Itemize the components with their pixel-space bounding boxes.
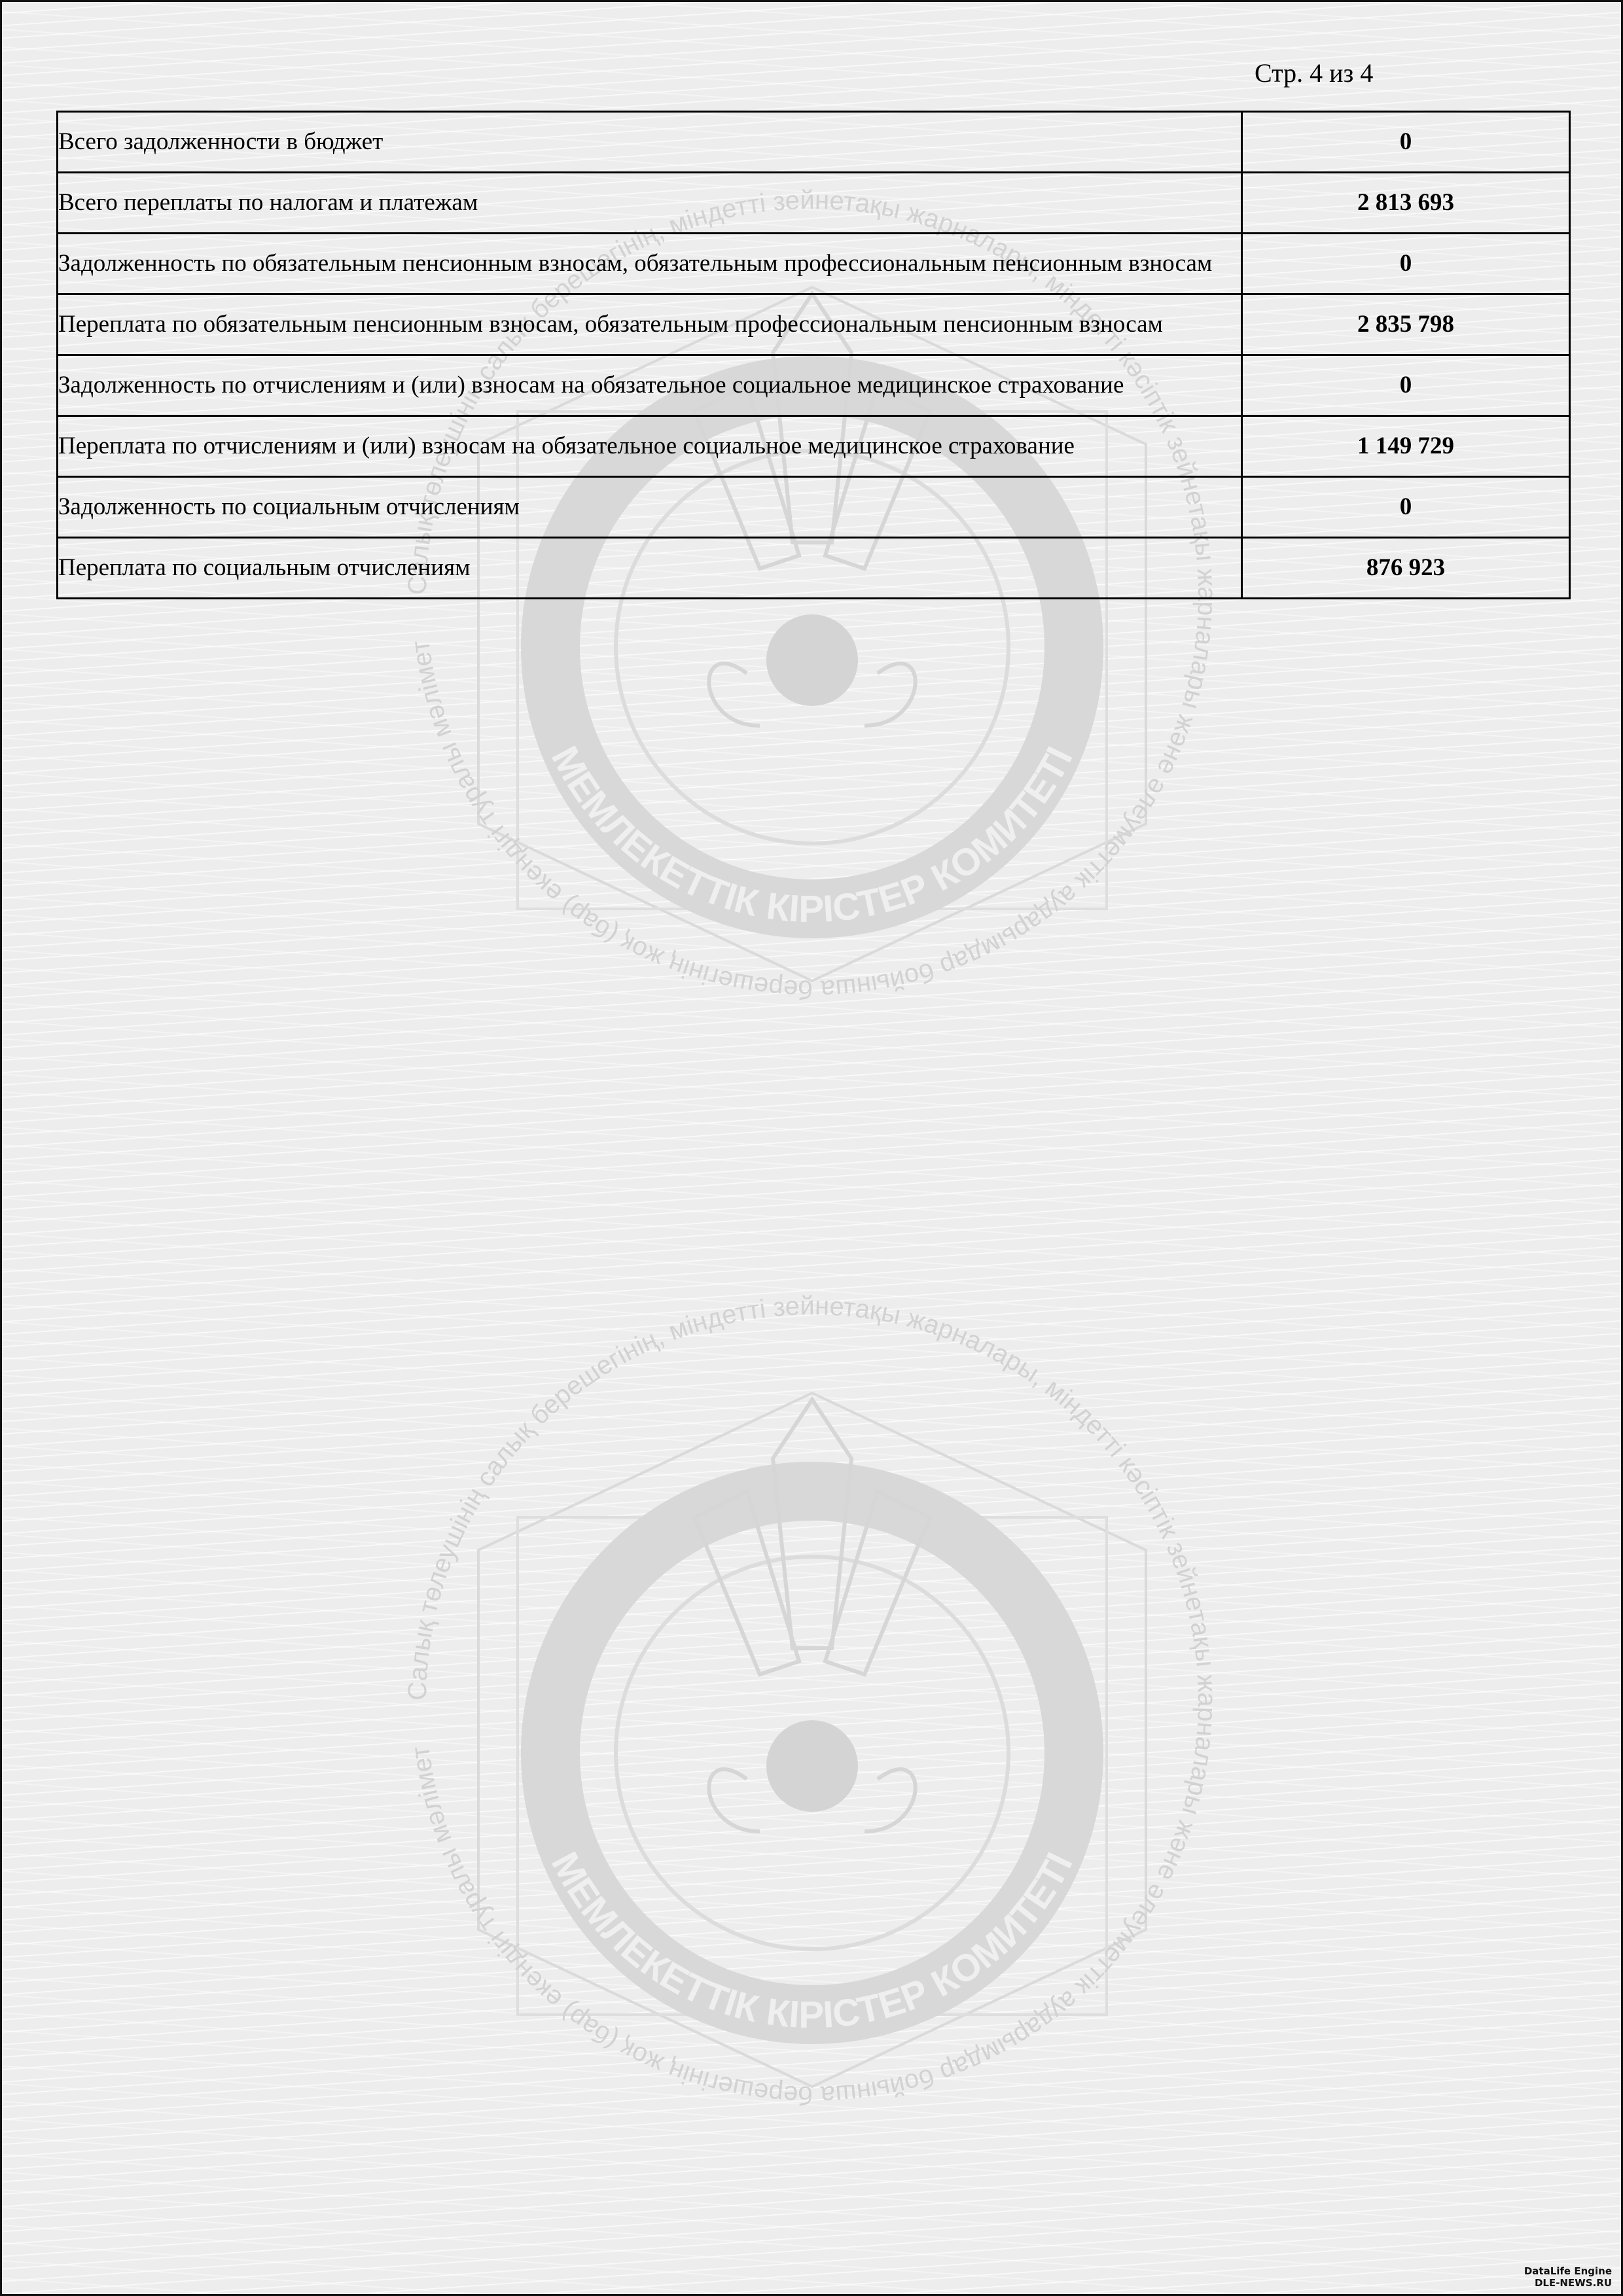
row-value: 2 813 693 — [1242, 173, 1570, 234]
row-label: Переплата по отчислениям и (или) взносам… — [58, 416, 1242, 477]
emblem-watermark-bottom: МЕМЛЕКЕТТІК КІРІСТЕР КОМИТЕТІ Салық төле… — [354, 1243, 1270, 2159]
page-number: Стр. 4 из 4 — [1255, 57, 1373, 90]
row-value: 2 835 798 — [1242, 294, 1570, 355]
table-row: Задолженность по обязательным пенсионным… — [58, 234, 1570, 294]
row-value: 0 — [1242, 355, 1570, 416]
table-row: Всего задолженности в бюджет0 — [58, 112, 1570, 173]
footer-line-1: DataLife Engine — [1524, 2265, 1612, 2277]
row-label: Переплата по обязательным пенсионным взн… — [58, 294, 1242, 355]
table-row: Переплата по обязательным пенсионным взн… — [58, 294, 1570, 355]
table-row: Задолженность по социальным отчислениям0 — [58, 477, 1570, 538]
svg-text:МЕМЛЕКЕТТІК КІРІСТЕР КОМИТЕТІ: МЕМЛЕКЕТТІК КІРІСТЕР КОМИТЕТІ — [543, 1845, 1081, 2036]
footer-line-2: DLE-NEWS.RU — [1524, 2277, 1612, 2289]
row-label: Переплата по социальным отчислениям — [58, 538, 1242, 599]
row-label: Задолженность по социальным отчислениям — [58, 477, 1242, 538]
table-row: Переплата по отчислениям и (или) взносам… — [58, 416, 1570, 477]
debt-overpayment-table: Всего задолженности в бюджет0Всего переп… — [56, 111, 1571, 599]
row-label: Задолженность по отчислениям и (или) взн… — [58, 355, 1242, 416]
svg-text:МЕМЛЕКЕТТІК КІРІСТЕР КОМИТЕТІ: МЕМЛЕКЕТТІК КІРІСТЕР КОМИТЕТІ — [543, 739, 1081, 930]
footer-watermark: DataLife Engine DLE-NEWS.RU — [1524, 2265, 1612, 2289]
row-value: 876 923 — [1242, 538, 1570, 599]
svg-text:Салық төлеушінің салық берешег: Салық төлеушінің салық берешегінің, мінд… — [403, 1292, 1221, 2110]
row-label: Всего задолженности в бюджет — [58, 112, 1242, 173]
row-value: 0 — [1242, 477, 1570, 538]
document-page: МЕМЛЕКЕТТІК КІРІСТЕР КОМИТЕТІ Салық төле… — [0, 0, 1623, 2296]
table-row: Всего переплаты по налогам и платежам2 8… — [58, 173, 1570, 234]
row-value: 0 — [1242, 234, 1570, 294]
table-row: Переплата по социальным отчислениям876 9… — [58, 538, 1570, 599]
emblem-icon: МЕМЛЕКЕТТІК КІРІСТЕР КОМИТЕТІ Салық төле… — [354, 1243, 1270, 2159]
row-value: 1 149 729 — [1242, 416, 1570, 477]
row-value: 0 — [1242, 112, 1570, 173]
row-label: Всего переплаты по налогам и платежам — [58, 173, 1242, 234]
table-row: Задолженность по отчислениям и (или) взн… — [58, 355, 1570, 416]
row-label: Задолженность по обязательным пенсионным… — [58, 234, 1242, 294]
